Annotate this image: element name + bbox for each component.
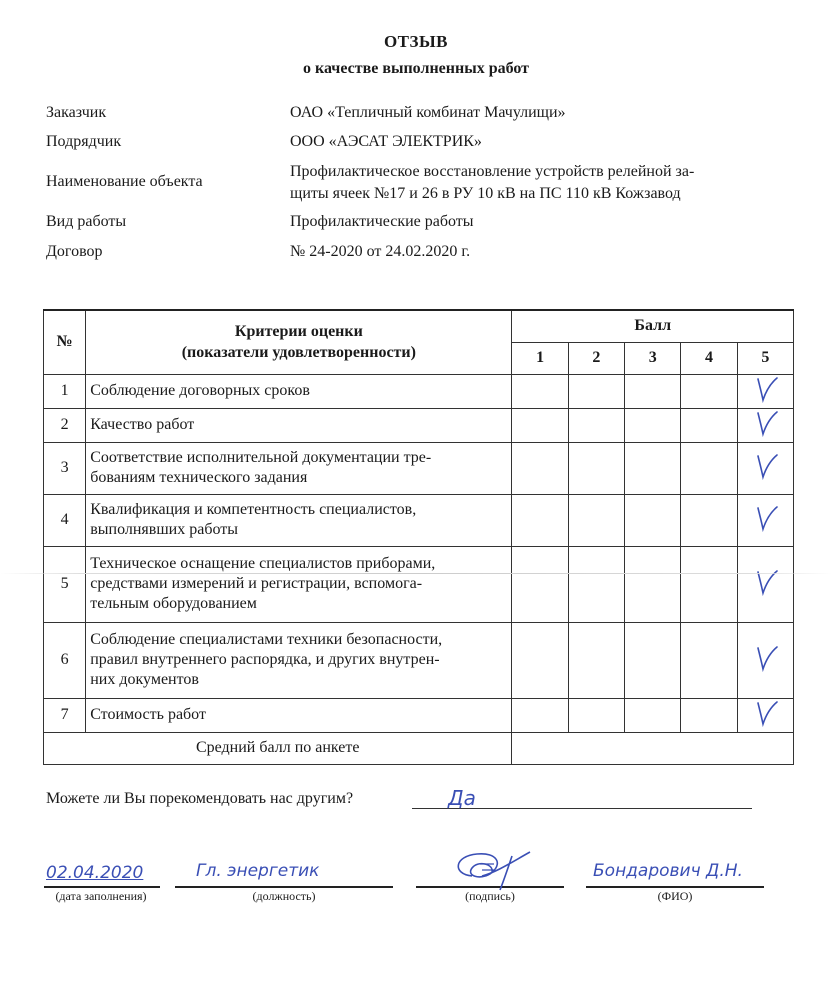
checkmark-icon [750, 409, 780, 437]
checkmark-icon [750, 504, 780, 532]
score-cell-4[interactable] [681, 546, 737, 622]
date-caption: (дата заполнения) [36, 889, 166, 904]
criterion-line: Качество работ [90, 415, 507, 435]
row-number: 4 [44, 494, 86, 546]
score-cell-4[interactable] [681, 442, 737, 494]
position-value: Гл. энергетик [196, 861, 319, 881]
name-caption: (ФИО) [586, 889, 764, 904]
position-caption: (должность) [175, 889, 393, 904]
recommend-question: Можете ли Вы порекомендовать нас другим? [46, 790, 353, 808]
criterion-line: них документов [90, 670, 507, 690]
score-cell-2[interactable] [568, 494, 624, 546]
score-cell-4[interactable] [681, 374, 737, 408]
checkmark-icon [750, 644, 780, 672]
score-cell-5[interactable] [737, 494, 793, 546]
average-score-label: Средний балл по анкете [44, 732, 512, 764]
checkmark-icon [750, 699, 780, 727]
criterion-line: Соблюдение специалистами техники безопас… [90, 630, 507, 650]
table-row: 7Стоимость работ [44, 698, 794, 732]
row-number: 5 [44, 546, 86, 622]
contractor-value: ООО «АЭСАТ ЭЛЕКТРИК» [290, 131, 790, 153]
object-label: Наименование объекта [46, 173, 203, 191]
row-number: 2 [44, 408, 86, 442]
criterion-text: Соответствие исполнительной документации… [86, 442, 512, 494]
document-subtitle: о качестве выполненных работ [0, 60, 832, 78]
score-cell-3[interactable] [625, 442, 681, 494]
document-title: ОТЗЫВ [0, 32, 832, 52]
criterion-line: Соблюдение договорных сроков [90, 381, 507, 401]
position-line[interactable] [175, 886, 393, 888]
score-cell-1[interactable] [512, 622, 568, 698]
row-number: 3 [44, 442, 86, 494]
work-type-value: Профилактические работы [290, 211, 790, 233]
criterion-text: Соблюдение специалистами техники безопас… [86, 622, 512, 698]
criteria-header-line1: Критерии оценки [86, 321, 511, 342]
score-cell-5[interactable] [737, 408, 793, 442]
criterion-line: Техническое оснащение специалистов прибо… [90, 554, 507, 574]
score-header-5: 5 [737, 342, 793, 374]
date-line[interactable] [44, 886, 160, 888]
column-header-score: Балл [512, 310, 794, 342]
score-cell-3[interactable] [625, 374, 681, 408]
criteria-header-line2: (показатели удовлетворенности) [86, 342, 511, 363]
criterion-text: Стоимость работ [86, 698, 512, 732]
score-cell-4[interactable] [681, 698, 737, 732]
paper-fold-line [0, 573, 832, 574]
criterion-line: выполнявших работы [90, 520, 507, 540]
score-cell-1[interactable] [512, 442, 568, 494]
score-cell-1[interactable] [512, 494, 568, 546]
checkmark-icon [750, 452, 780, 480]
table-row: 4Квалификация и компетентность специалис… [44, 494, 794, 546]
row-number: 1 [44, 374, 86, 408]
score-header-1: 1 [512, 342, 568, 374]
score-cell-1[interactable] [512, 408, 568, 442]
score-cell-5[interactable] [737, 442, 793, 494]
score-cell-4[interactable] [681, 408, 737, 442]
signature-scribble-icon [442, 846, 542, 892]
criterion-text: Качество работ [86, 408, 512, 442]
score-cell-5[interactable] [737, 622, 793, 698]
score-cell-2[interactable] [568, 374, 624, 408]
name-line[interactable] [586, 886, 764, 888]
column-header-number: № [44, 310, 86, 374]
object-value-line1: Профилактическое восстановление устройст… [290, 161, 790, 183]
checkmark-icon [750, 375, 780, 403]
score-cell-1[interactable] [512, 698, 568, 732]
score-header-3: 3 [625, 342, 681, 374]
score-cell-2[interactable] [568, 442, 624, 494]
row-number: 6 [44, 622, 86, 698]
criterion-line: тельным оборудованием [90, 594, 507, 614]
score-cell-3[interactable] [625, 546, 681, 622]
evaluation-table: № Критерии оценки (показатели удовлетвор… [43, 309, 794, 765]
score-cell-3[interactable] [625, 698, 681, 732]
criterion-line: средствами измерений и регистрации, вспо… [90, 574, 507, 594]
work-type-label: Вид работы [46, 213, 126, 231]
score-cell-3[interactable] [625, 494, 681, 546]
contract-label: Договор [46, 243, 103, 261]
criterion-text: Соблюдение договорных сроков [86, 374, 512, 408]
column-header-criteria: Критерии оценки (показатели удовлетворен… [86, 310, 512, 374]
object-value-line2: щиты ячеек №17 и 26 в РУ 10 кВ на ПС 110… [290, 183, 790, 205]
score-cell-5[interactable] [737, 546, 793, 622]
contractor-label: Подрядчик [46, 133, 121, 151]
table-row: 1Соблюдение договорных сроков [44, 374, 794, 408]
criterion-line: бованиям технического задания [90, 468, 507, 488]
score-cell-5[interactable] [737, 698, 793, 732]
criterion-line: Квалификация и компетентность специалист… [90, 500, 507, 520]
score-cell-2[interactable] [568, 408, 624, 442]
score-cell-3[interactable] [625, 408, 681, 442]
score-cell-1[interactable] [512, 546, 568, 622]
score-header-4: 4 [681, 342, 737, 374]
checkmark-icon [750, 568, 780, 596]
date-value: 02.04.2020 [46, 863, 143, 883]
object-value: Профилактическое восстановление устройст… [290, 161, 790, 205]
table-row: 5Техническое оснащение специалистов приб… [44, 546, 794, 622]
score-cell-2[interactable] [568, 546, 624, 622]
criterion-line: правил внутреннего распорядка, и других … [90, 650, 507, 670]
criterion-line: Соответствие исполнительной документации… [90, 448, 507, 468]
score-cell-2[interactable] [568, 698, 624, 732]
customer-value: ОАО «Тепличный комбинат Мачулищи» [290, 102, 790, 124]
criterion-line: Стоимость работ [90, 705, 507, 725]
table-row: 2Качество работ [44, 408, 794, 442]
score-cell-1[interactable] [512, 374, 568, 408]
criterion-text: Техническое оснащение специалистов прибо… [86, 546, 512, 622]
score-cell-4[interactable] [681, 494, 737, 546]
contract-value: № 24-2020 от 24.02.2020 г. [290, 241, 790, 263]
table-row: 6Соблюдение специалистами техники безопа… [44, 622, 794, 698]
name-value: Бондарович Д.Н. [593, 861, 743, 881]
score-cell-3[interactable] [625, 622, 681, 698]
average-score-value[interactable] [512, 732, 794, 764]
signature-caption: (подпись) [416, 889, 564, 904]
table-row: 3Соответствие исполнительной документаци… [44, 442, 794, 494]
criterion-text: Квалификация и компетентность специалист… [86, 494, 512, 546]
score-cell-5[interactable] [737, 374, 793, 408]
score-cell-4[interactable] [681, 622, 737, 698]
row-number: 7 [44, 698, 86, 732]
score-cell-2[interactable] [568, 622, 624, 698]
customer-label: Заказчик [46, 104, 106, 122]
score-header-2: 2 [568, 342, 624, 374]
recommend-answer: Да [448, 786, 476, 810]
